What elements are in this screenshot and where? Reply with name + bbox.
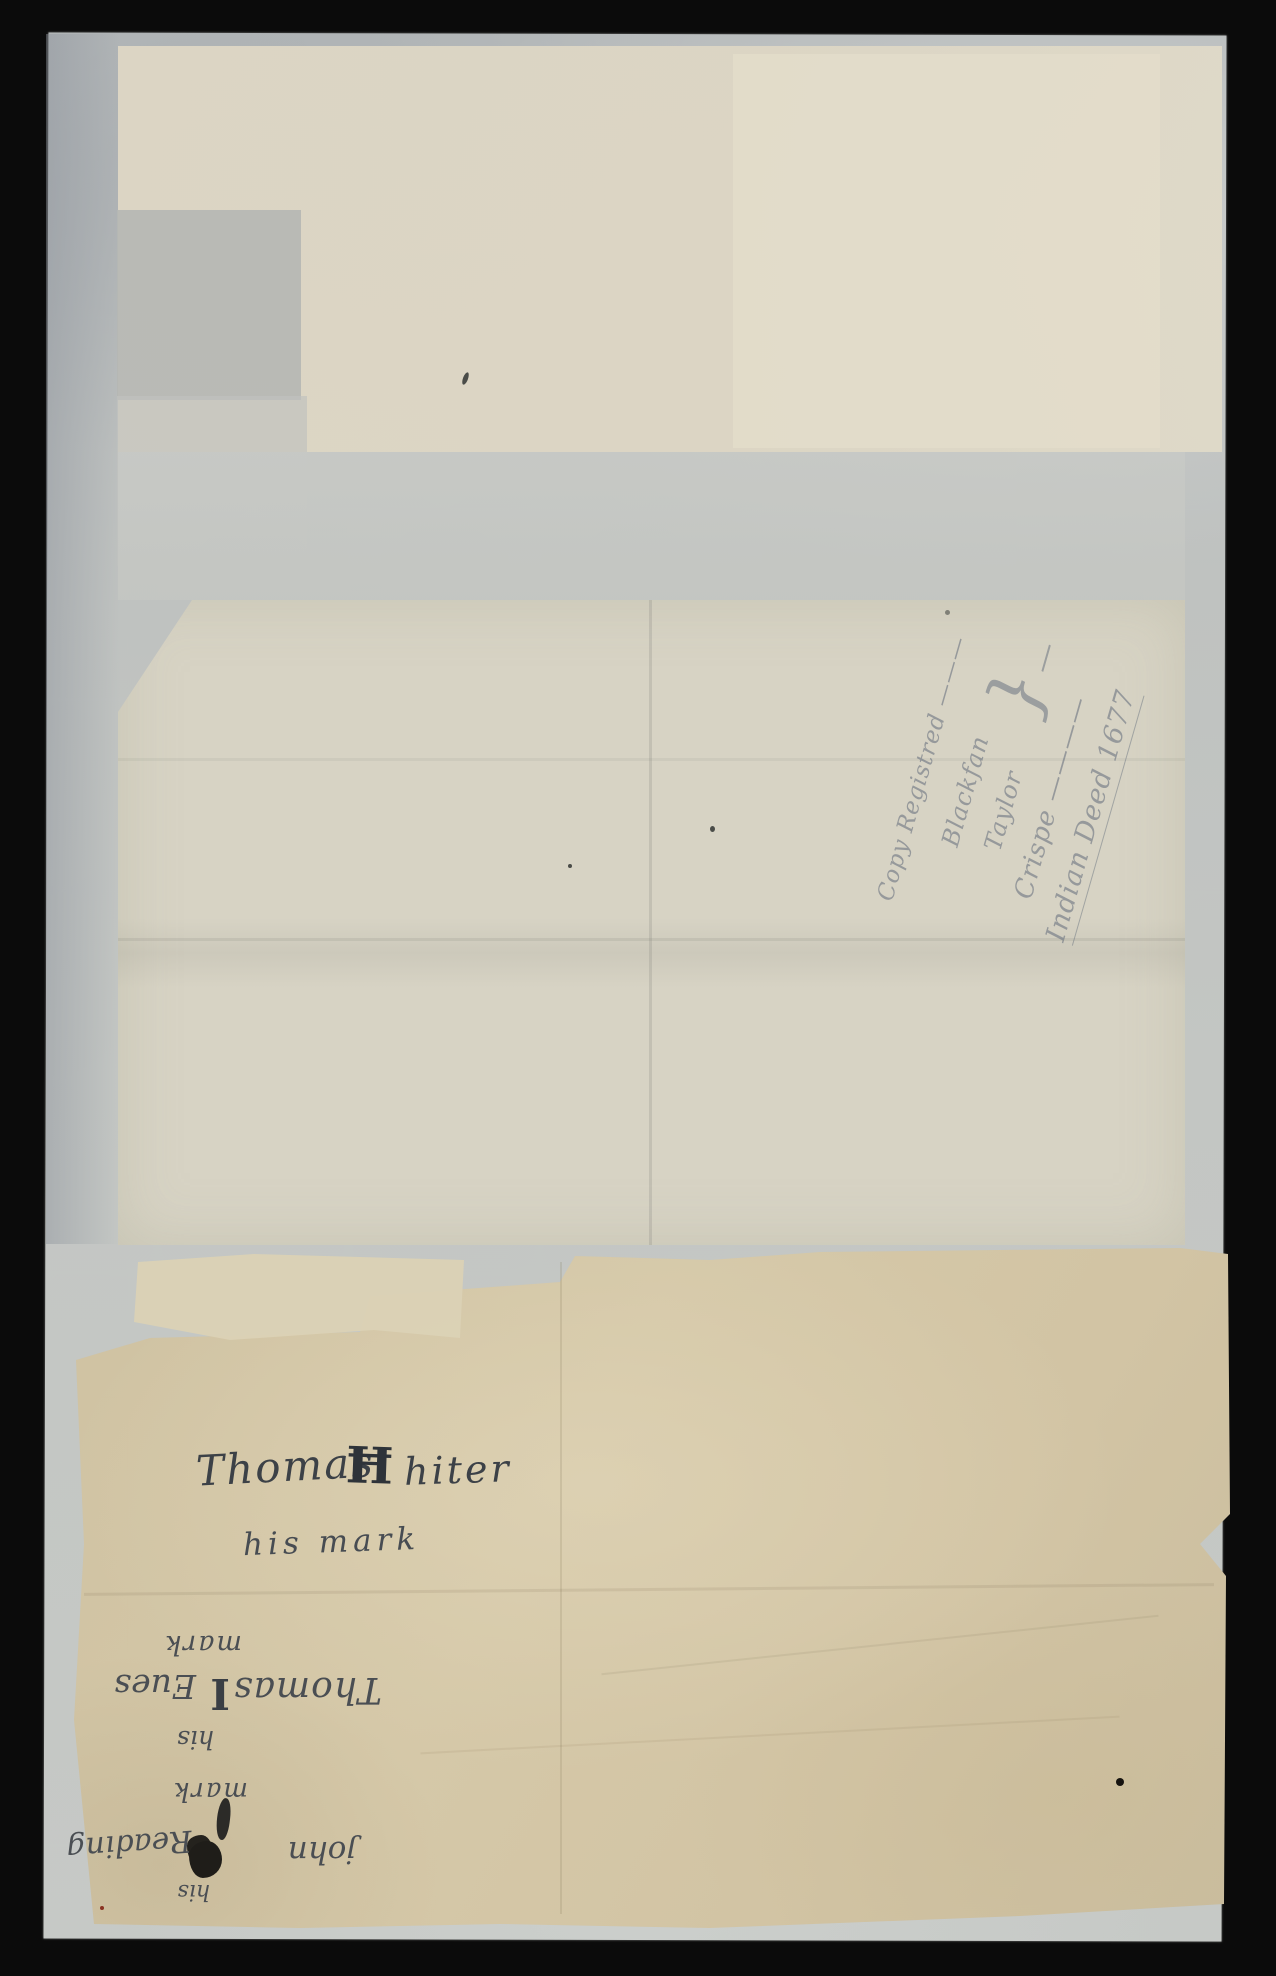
inverted-signature-thomas: his Thomas I Eues mark	[82, 1612, 388, 1754]
signature-mark-glyph: Ħ	[345, 1435, 394, 1496]
red-speck	[100, 1906, 104, 1910]
manuscript-scan: Copy Registred ——— Blackfan Taylor Crisp…	[0, 0, 1276, 1976]
signature-his-mark-caption: his mark	[242, 1521, 420, 1563]
endorsement-brace-dash: —	[1024, 638, 1066, 677]
ink-blot	[189, 1841, 222, 1878]
mark-label: mark	[163, 1629, 242, 1660]
last-name: Eues	[114, 1667, 196, 1706]
tissue-left-shading	[46, 34, 120, 1244]
his-label: his	[178, 1879, 211, 1904]
his-label: his	[177, 1725, 214, 1754]
gray-patch	[117, 210, 301, 400]
first-name: Thomas	[233, 1669, 382, 1710]
paper-speck	[945, 610, 950, 615]
fold-gap-band	[118, 452, 1185, 600]
mark-label: mark	[172, 1776, 248, 1806]
last-name: Reading	[65, 1823, 193, 1867]
first-name: john	[288, 1834, 356, 1870]
signature-last-name: hiter	[403, 1446, 512, 1494]
document-showthrough-top-right	[733, 54, 1160, 448]
inverted-signature-john: his john Reading mark	[76, 1772, 368, 1904]
mark-glyph: I	[210, 1669, 230, 1718]
ink-speck	[1116, 1778, 1124, 1786]
endorsement-line: Taylor	[979, 768, 1028, 854]
paper-speck	[710, 826, 715, 832]
paper-speck	[568, 864, 572, 868]
